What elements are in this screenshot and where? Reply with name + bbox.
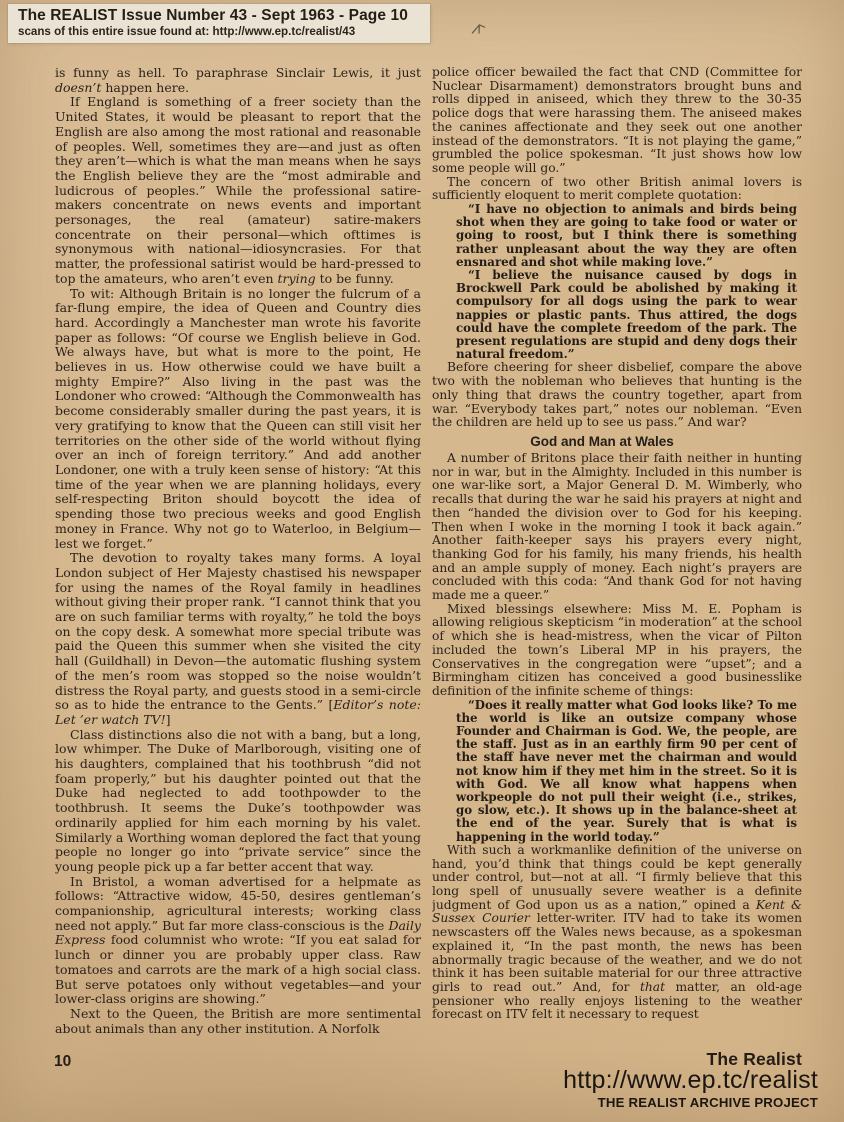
text-run: The concern of two other British animal … [432,175,802,203]
text-run: Mixed blessings elsewhere: Miss M. E. Po… [432,602,802,698]
banner-title: The REALIST Issue Number 43 - Sept 1963 … [18,7,422,25]
pen-mark-icon [469,19,489,40]
magazine-page-scan: The REALIST Issue Number 43 - Sept 1963 … [0,0,844,1122]
italic-text-run: doesn’t [55,80,101,95]
text-run: In Bristol, a woman advertised for a hel… [55,874,421,933]
right-column: police officer bewailed the fact that CN… [432,66,802,1056]
body-paragraph: is funny as hell. To paraphrase Sinclair… [55,66,421,95]
text-run: Class distinctions also die not with a b… [55,727,421,874]
italic-text-run: trying [278,271,316,286]
body-paragraph: The devotion to royalty takes many forms… [55,551,421,727]
text-run: “I have no objection to animals and bird… [456,202,797,269]
text-run: “I believe the nuisance caused by dogs i… [456,268,797,361]
body-paragraph: With such a workmanlike definition of th… [432,844,802,1022]
blockquote-paragraph: “Does it really matter what God looks li… [456,699,797,844]
archive-banner: The REALIST Issue Number 43 - Sept 1963 … [8,4,430,43]
text-run: ] [166,712,171,727]
text-run: If England is something of a freer socie… [55,94,421,285]
text-run: food columnist who wrote: “If you eat sa… [55,932,421,1006]
text-run: Before cheering for sheer disbelief, com… [432,360,802,429]
body-paragraph: A number of Britons place their faith ne… [432,452,802,603]
body-paragraph: police officer bewailed the fact that CN… [432,66,802,176]
text-run: With such a workmanlike definition of th… [432,843,802,912]
body-paragraph: Before cheering for sheer disbelief, com… [432,361,802,430]
banner-subtitle: scans of this entire issue found at: htt… [18,25,422,38]
text-run: God and Man at Wales [530,434,674,449]
text-run: to be funny. [316,271,394,286]
text-run: is funny as hell. To paraphrase Sinclair… [55,66,421,80]
archive-project-label: THE REALIST ARCHIVE PROJECT [563,1095,818,1110]
section-heading: God and Man at Wales [432,433,772,450]
text-run: A number of Britons place their faith ne… [432,451,802,602]
archive-url: http://www.ep.tc/realist [563,1066,818,1095]
text-run: happen here. [101,80,189,95]
body-paragraph: To wit: Although Britain is no longer th… [55,287,421,552]
page-number: 10 [54,1053,71,1071]
body-paragraph: The concern of two other British animal … [432,176,802,203]
body-paragraph: Class distinctions also die not with a b… [55,728,421,875]
blockquote-paragraph: “I have no objection to animals and bird… [456,203,797,269]
body-paragraph: In Bristol, a woman advertised for a hel… [55,875,421,1007]
body-paragraph: Mixed blessings elsewhere: Miss M. E. Po… [432,603,802,699]
italic-text-run: that [640,980,665,994]
body-paragraph: If England is something of a freer socie… [55,95,421,286]
blockquote-paragraph: “I believe the nuisance caused by dogs i… [456,269,797,361]
text-run: “Does it really matter what God looks li… [456,698,797,844]
left-column: is funny as hell. To paraphrase Sinclair… [55,66,421,1056]
text-run: Next to the Queen, the British are more … [55,1006,421,1036]
archive-footer: http://www.ep.tc/realist THE REALIST ARC… [563,1066,818,1110]
text-run: police officer bewailed the fact that CN… [432,66,802,175]
body-paragraph: Next to the Queen, the British are more … [55,1007,421,1036]
text-run: The devotion to royalty takes many forms… [55,550,421,712]
text-run: To wit: Although Britain is no longer th… [55,286,421,551]
